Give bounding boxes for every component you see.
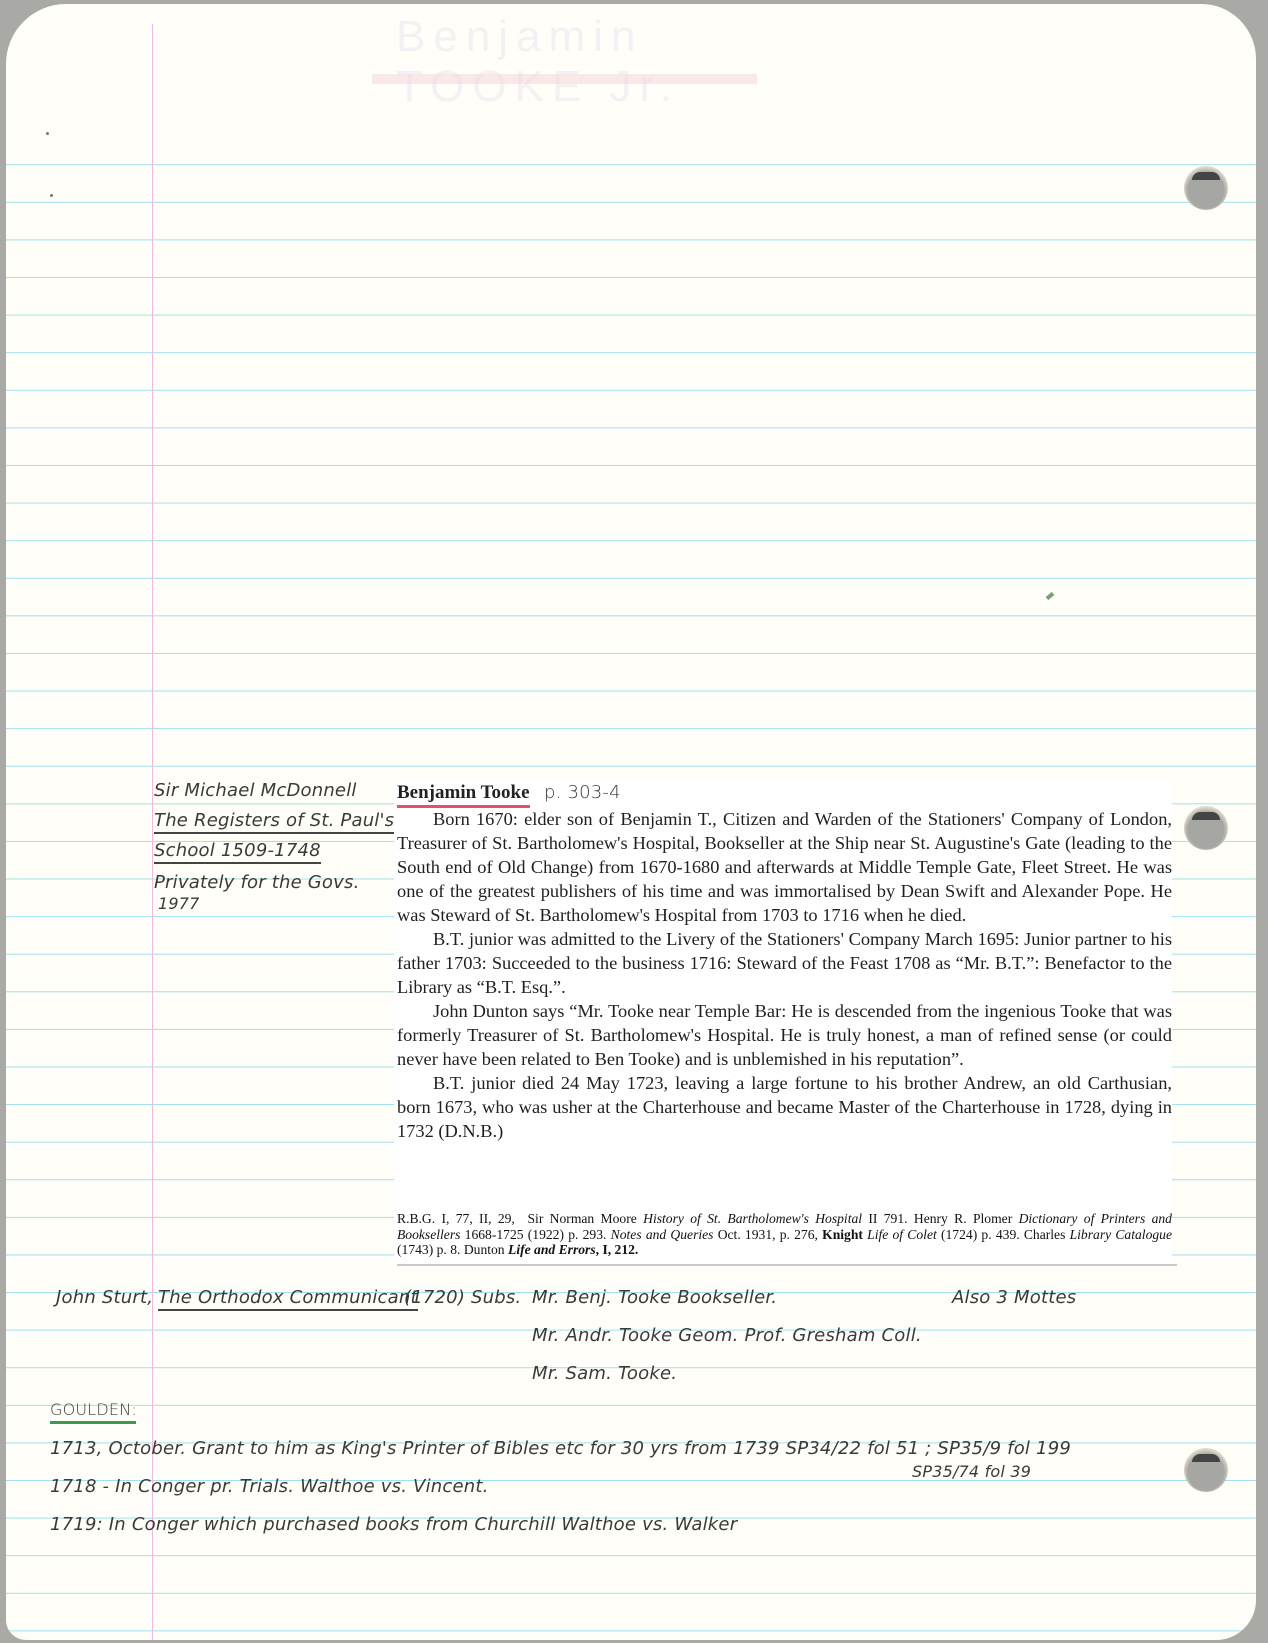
- subscriber-item: Mr. Sam. Tooke.: [532, 1363, 677, 1384]
- ref-text: 1668-1725 (1922) p. 293.: [465, 1227, 607, 1242]
- ref-title: Library Catalogue: [1070, 1227, 1172, 1242]
- ref-text: Sir Norman Moore: [527, 1211, 636, 1226]
- margin-author: Sir Michael McDonnell: [154, 780, 357, 801]
- subscriber-item: Mr. Benj. Tooke Bookseller.: [532, 1287, 777, 1308]
- ref-text: R.B.G. I, 77, II, 29,: [397, 1211, 515, 1226]
- ref-text: (1743) p. 8. Dunton: [397, 1242, 505, 1257]
- ref-title: History of St. Bartholomew's Hospital: [643, 1211, 862, 1226]
- goulden-heading: GOULDEN:: [50, 1400, 137, 1419]
- ref-text: , I, 212.: [596, 1242, 639, 1257]
- margin-year: 1977: [158, 894, 200, 913]
- sturt-author: John Sturt,: [56, 1287, 153, 1308]
- goulden-extra-ref: SP35/74 fol 39: [912, 1462, 1031, 1481]
- sturt-aside: Also 3 Mottes: [952, 1287, 1076, 1308]
- faded-header-highlight: [372, 74, 757, 84]
- clipping-heading: Benjamin Tooke: [397, 782, 530, 808]
- ref-title: Notes and Queries: [611, 1227, 714, 1242]
- clipping-paragraph: John Dunton says “Mr. Tooke near Temple …: [397, 999, 1172, 1071]
- clipping-paragraph: B.T. junior was admitted to the Livery o…: [397, 927, 1172, 999]
- sturt-year-subs: (1720) Subs.: [404, 1287, 521, 1308]
- clipping-body: Born 1670: elder son of Benjamin T., Cit…: [397, 807, 1172, 1143]
- margin-title-line2: School 1509-1748: [154, 840, 321, 864]
- goulden-entry: 1719: In Conger which purchased books fr…: [50, 1514, 737, 1535]
- sturt-title: The Orthodox Communicant: [158, 1287, 418, 1311]
- punch-hole-top: [1184, 166, 1228, 210]
- stray-mark: [46, 132, 49, 135]
- notebook-page: Benjamin TOOKE Jr. Sir Michael McDonnell…: [6, 4, 1256, 1640]
- clipping-paragraph: Born 1670: elder son of Benjamin T., Cit…: [397, 807, 1172, 927]
- ref-text: Knight: [822, 1227, 863, 1242]
- ref-title: Life of Colet: [867, 1227, 937, 1242]
- margin-line: [152, 24, 153, 1640]
- clipping-references: R.B.G. I, 77, II, 29, Sir Norman Moore H…: [397, 1211, 1172, 1258]
- punch-hole-bottom: [1184, 1448, 1228, 1492]
- punch-hole-middle: [1184, 806, 1228, 850]
- goulden-entry: 1718 - In Conger pr. Trials. Walthoe vs.…: [50, 1476, 489, 1497]
- stray-mark: [50, 194, 53, 197]
- subscriber-item: Mr. Andr. Tooke Geom. Prof. Gresham Coll…: [532, 1325, 922, 1346]
- goulden-heading-underline: [50, 1421, 136, 1424]
- clipping-page-ref: p. 303-4: [544, 782, 621, 803]
- goulden-entry: 1713, October. Grant to him as King's Pr…: [50, 1438, 1071, 1459]
- clipping-bottom-edge: [397, 1264, 1177, 1266]
- ref-text: (1724) p. 439. Charles: [941, 1227, 1065, 1242]
- ref-text: II 791. Henry R. Plomer: [868, 1211, 1012, 1226]
- faded-header: Benjamin TOOKE Jr.: [396, 12, 816, 72]
- ref-title: Life and Errors: [508, 1242, 596, 1257]
- margin-publisher: Privately for the Govs.: [154, 872, 360, 893]
- clipping-paragraph: B.T. junior died 24 May 1723, leaving a …: [397, 1071, 1172, 1143]
- ref-text: Oct. 1931, p. 276,: [718, 1227, 818, 1242]
- margin-title-line1: The Registers of St. Paul's: [154, 810, 394, 834]
